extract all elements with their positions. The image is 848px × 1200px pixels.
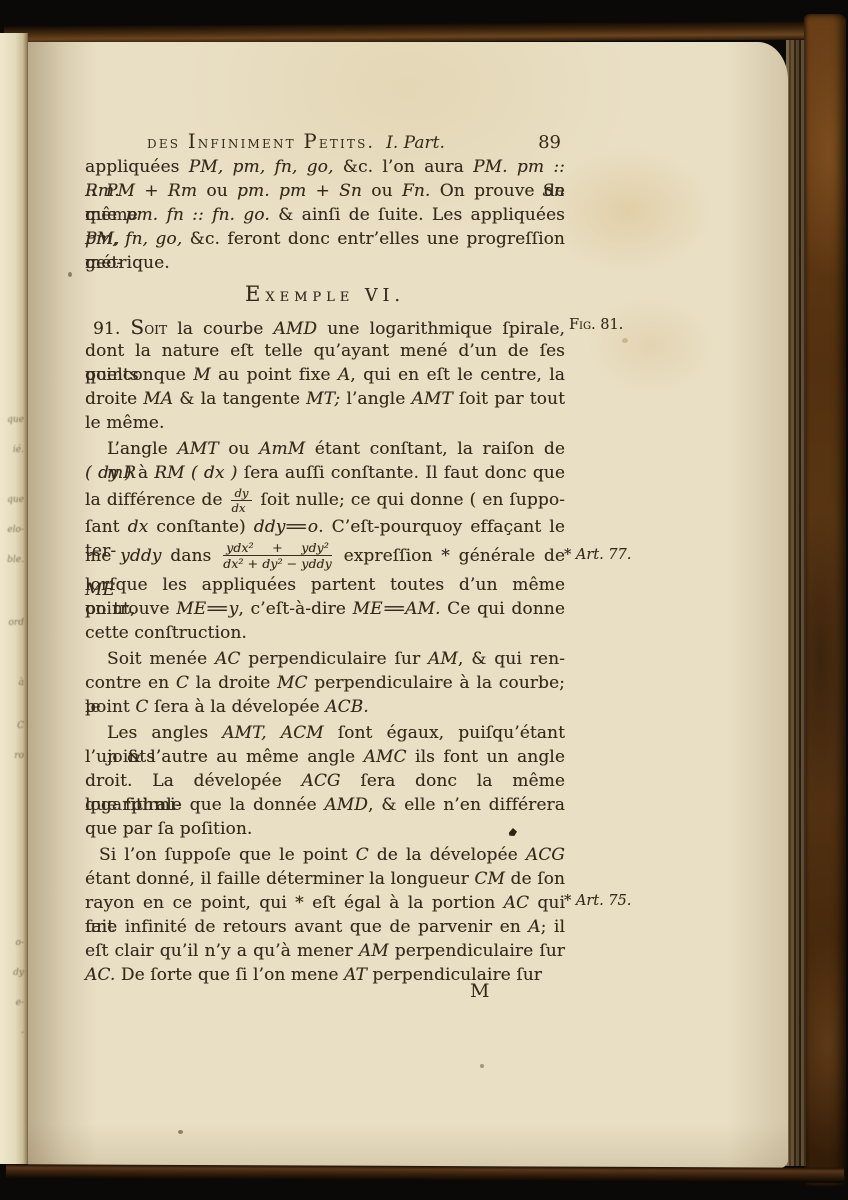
book-bottom-edge xyxy=(6,1164,844,1183)
text-line: droit. La dévelopée ACG ſera donc la mêm… xyxy=(85,769,565,793)
text-line: Si l’on ſuppoſe que le point C de la dév… xyxy=(85,843,565,867)
text-line: la différence de dydx ſoit nulle; ce qui… xyxy=(85,485,565,515)
bleed-through-fragment: ro xyxy=(14,751,24,761)
text-line: ſant dx conſtante) ddy=o. C’eſt-pourquoy… xyxy=(85,515,565,539)
text-line: L’angle AMT ou AmM étant conſtant, la ra… xyxy=(85,437,565,461)
facing-page-strip: queié.queelo-ble.ordàCroo-dye-- xyxy=(0,33,28,1164)
margin-note-art-75: * Art. 75. xyxy=(564,893,674,909)
paragraph: L’angle AMT ou AmM étant conſtant, la ra… xyxy=(85,437,565,645)
catchword: M xyxy=(470,980,489,1002)
text-line: ( dy ) à RM ( dx ) ſera auſſi conſtante.… xyxy=(85,461,565,485)
page-block-edge xyxy=(786,40,806,1166)
bleed-through-fragment: o- xyxy=(16,938,24,948)
text-line: point C ſera à la dévelopée ACB. xyxy=(85,695,565,719)
bleed-through-fragment: ord xyxy=(9,618,24,628)
text-line: appliquées PM, pm, fn, go, &c. l’on aura… xyxy=(85,155,565,179)
text-line: quelconque M au point fixe A, qui en eſt… xyxy=(85,363,565,387)
text-line: que par ſa poſition. xyxy=(85,817,565,841)
bleed-through-fragment: à xyxy=(19,678,24,688)
bleed-through-fragment: que xyxy=(7,415,24,425)
bleed-through-fragment: dy xyxy=(13,968,24,978)
bleed-through-fragment: e- xyxy=(16,998,24,1008)
fraction: ydx² + ydy²dx² + dy² − yddy xyxy=(223,541,332,571)
text-line: on trouve ME=y, c’eſt-à-dire ME=AM. Ce q… xyxy=(85,597,565,621)
text-column: appliquées PM, pm, fn, go, &c. l’on aura… xyxy=(85,155,565,987)
book-page: des Infiniment Petits. I. Part. 89 appli… xyxy=(28,42,788,1168)
text-line: que ſpirale que la donnée AMD, & elle n’… xyxy=(85,793,565,817)
leather-binding xyxy=(804,14,846,1186)
text-line: 91. Soit la courbe AMD une logarithmique… xyxy=(85,315,565,339)
bleed-through-fragment: ié. xyxy=(13,445,24,455)
margin-note-fig-81: Fig. 81. xyxy=(569,317,679,333)
text-line: contre en C la droite MC perpendiculaire… xyxy=(85,671,565,695)
foxing-spot xyxy=(68,272,72,277)
bleed-through-fragment: C xyxy=(17,721,24,731)
bleed-through-fragment: elo- xyxy=(7,525,24,535)
section-heading: Exemple VI. xyxy=(85,280,565,308)
foxing-spot xyxy=(178,1130,183,1134)
paragraph: appliquées PM, pm, fn, go, &c. l’on aura… xyxy=(85,155,565,275)
foxing-spot xyxy=(622,338,628,343)
text-line: que pm. fn :: fn. go. & ainſi de ſuite. … xyxy=(85,203,565,227)
text-line: eſt clair qu’il n’y a qu’à mener AM perp… xyxy=(85,939,565,963)
part-label: I. Part. xyxy=(386,133,445,153)
foxing-spot xyxy=(480,1064,484,1068)
bleed-through-fragment: - xyxy=(21,1028,24,1038)
text-line: une infinité de retours avant que de par… xyxy=(85,915,565,939)
text-line: Les angles AMT, ACM ſont égaux, puiſqu’é… xyxy=(85,721,565,745)
margin-note-art-77: * Art. 77. xyxy=(564,547,674,563)
text-line: droite MA & la tangente MT; l’angle AMT … xyxy=(85,387,565,411)
page-number: 89 xyxy=(538,132,561,153)
paragraph: Les angles AMT, ACM ſont égaux, puiſqu’é… xyxy=(85,721,565,841)
text-line: rayon en ce point, qui * eſt égal à la p… xyxy=(85,891,565,915)
bleed-through-fragment: ble. xyxy=(7,555,24,565)
scan-background: queié.queelo-ble.ordàCroo-dye-- des Infi… xyxy=(0,0,848,1200)
text-line: pm, fn, go, &c. feront donc entr’elles u… xyxy=(85,227,565,251)
text-line: :: PM + Rm ou pm. pm + Sn ou Fn. On prou… xyxy=(85,179,565,203)
paragraph: Si l’on ſuppoſe que le point C de la dév… xyxy=(85,843,565,987)
paragraph: 91. Soit la courbe AMD une logarithmique… xyxy=(85,315,565,435)
text-line: me yddy dans ydx² + ydy²dx² + dy² − yddy… xyxy=(85,539,565,573)
text-line: le même. xyxy=(85,411,565,435)
running-title: des Infiniment Petits. xyxy=(147,130,375,153)
text-line: l’un & l’autre au même angle AMC ils fon… xyxy=(85,745,565,769)
page-header: des Infiniment Petits. I. Part. 89 xyxy=(85,130,565,156)
text-line: étant donné, il faille déterminer la lon… xyxy=(85,867,565,891)
text-line: dont la nature eſt telle qu’ayant mené d… xyxy=(85,339,565,363)
fraction: dydx xyxy=(231,487,251,515)
text-line: Soit menée AC perpendiculaire ſur AM, & … xyxy=(85,647,565,671)
text-line: AC. De ſorte que ſi l’on mene AT perpend… xyxy=(85,963,565,987)
paragraph: Soit menée AC perpendiculaire ſur AM, & … xyxy=(85,647,565,719)
text-line: métrique. xyxy=(85,251,565,275)
text-line: cette conſtruction. xyxy=(85,621,565,645)
text-line: lorſque les appliquées partent toutes d’… xyxy=(85,573,565,597)
bleed-through-fragment: que xyxy=(7,495,24,505)
